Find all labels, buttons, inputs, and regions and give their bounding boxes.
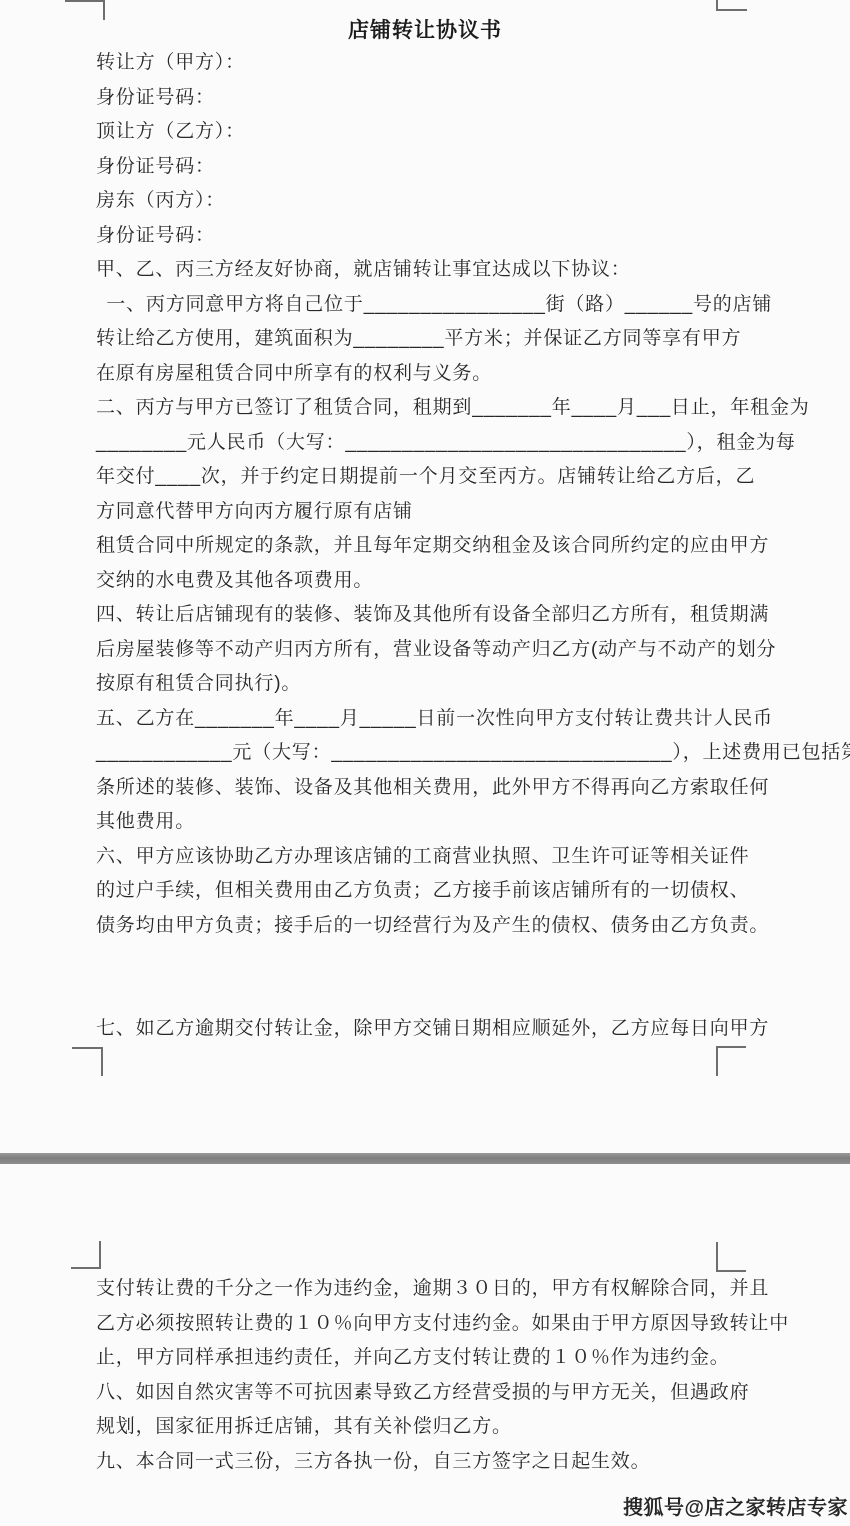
contract-line: 转让方（甲方）：	[96, 46, 756, 81]
page-break-divider	[0, 1153, 850, 1164]
contract-line: 条所述的装修、装饰、设备及其他相关费用，此外甲方不得再向乙方索取任何	[96, 771, 756, 806]
contract-line: 在原有房屋租赁合同中所享有的权利与义务。	[96, 357, 756, 392]
contract-line: 转让给乙方使用，建筑面积为________平方米；并保证乙方同等享有甲方	[96, 322, 756, 357]
crop-mark-page1-top-right	[716, 0, 747, 11]
contract-line: 房东（丙方）：	[96, 184, 756, 219]
contract-line: 的过户手续，但相关费用由乙方负责；乙方接手前该店铺所有的一切债权、	[96, 874, 756, 909]
contract-line: 后房屋装修等不动产归丙方所有，营业设备等动产归乙方(动产与不动产的划分	[96, 633, 756, 668]
contract-line: 八、如因自然灾害等不可抗因素导致乙方经营受损的与甲方无关，但遇政府	[96, 1376, 756, 1411]
contract-line: 方同意代替甲方向丙方履行原有店铺	[96, 495, 756, 530]
contract-line: 七、如乙方逾期交付转让金，除甲方交铺日期相应顺延外，乙方应每日向甲方	[96, 1012, 756, 1047]
contract-line: 债务均由甲方负责；接手后的一切经营行为及产生的债权、债务由乙方负责。	[96, 909, 756, 944]
document-title: 店铺转让协议书	[0, 14, 850, 44]
contract-line: 租赁合同中所规定的条款，并且每年定期交纳租金及该合同所约定的应由甲方	[96, 529, 756, 564]
contract-line: ________元人民币（大写：________________________…	[96, 426, 756, 461]
contract-line: 交纳的水电费及其他各项费用。	[96, 564, 756, 599]
contract-line: ____________元（大写：_______________________…	[96, 736, 756, 771]
sohu-account-watermark: 搜狐号@店之家转店专家	[623, 1491, 848, 1520]
crop-mark-page2-top-right	[716, 1242, 746, 1272]
contract-line: 甲、乙、丙三方经友好协商，就店铺转让事宜达成以下协议：	[96, 253, 756, 288]
contract-line: 其他费用。	[96, 805, 756, 840]
contract-line: 身份证号码：	[96, 219, 756, 254]
contract-line: 支付转让费的千分之一作为违约金，逾期３０日的，甲方有权解除合同，并且	[96, 1272, 756, 1307]
crop-mark-page2-top-left	[71, 1241, 101, 1269]
page2-body: 支付转让费的千分之一作为违约金，逾期３０日的，甲方有权解除合同，并且 乙方必须按…	[96, 1272, 756, 1479]
contract-line: 六、甲方应该协助乙方办理该店铺的工商营业执照、卫生许可证等相关证件	[96, 840, 756, 875]
scanned-contract-document: 店铺转让协议书 转让方（甲方）： 身份证号码： 顶让方（乙方）： 身份证号码： …	[0, 0, 850, 1526]
contract-line: 止，甲方同样承担违约责任，并向乙方支付转让费的１０％作为违约金。	[96, 1341, 756, 1376]
contract-line: 身份证号码：	[96, 81, 756, 116]
contract-line: 五、乙方在_______年____月_____日前一次性向甲方支付转让费共计人民…	[96, 702, 756, 737]
contract-line: 规划，国家征用拆迁店铺，其有关补偿归乙方。	[96, 1410, 756, 1445]
contract-line: 九、本合同一式三份，三方各执一份，自三方签字之日起生效。	[96, 1445, 756, 1480]
crop-mark-page1-bottom-left	[72, 1047, 103, 1076]
contract-line: 顶让方（乙方）：	[96, 115, 756, 150]
contract-line: 按原有租赁合同执行)。	[96, 667, 756, 702]
contract-blank-line	[96, 978, 756, 1013]
contract-blank-line	[96, 943, 756, 978]
contract-line: 一、丙方同意甲方将自己位于________________街（路）______号…	[96, 288, 756, 323]
contract-line: 年交付____次，并于约定日期提前一个月交至丙方。店铺转让给乙方后，乙	[96, 460, 756, 495]
contract-line: 二、丙方与甲方已签订了租赁合同，租期到_______年____月___日止，年租…	[96, 391, 756, 426]
crop-mark-page1-bottom-right	[716, 1046, 746, 1076]
contract-line: 身份证号码：	[96, 150, 756, 185]
page1-body: 转让方（甲方）： 身份证号码： 顶让方（乙方）： 身份证号码： 房东（丙方）： …	[96, 46, 756, 1047]
contract-line: 四、转让后店铺现有的装修、装饰及其他所有设备全部归乙方所有，租赁期满	[96, 598, 756, 633]
contract-line: 乙方必须按照转让费的１０％向甲方支付违约金。如果由于甲方原因导致转让中	[96, 1307, 756, 1342]
